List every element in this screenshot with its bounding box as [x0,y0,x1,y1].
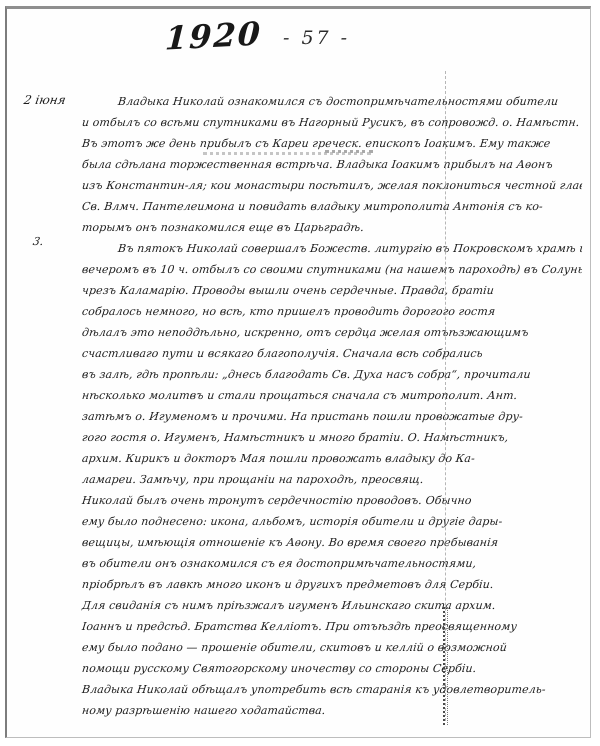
manuscript-line: ему было подано — прошеніе обители, скит… [81,637,583,658]
manuscript-line: и отбылъ со всѣми спутниками въ Нагорный… [81,112,583,133]
manuscript-line: помощи русскому Святогорскому иночеству … [81,658,583,679]
manuscript-line: Для свиданія съ нимъ пріѣзжалъ игуменъ И… [81,595,583,616]
manuscript-line: вечеромъ въ 10 ч. отбылъ со своими спутн… [81,259,583,280]
scanned-manuscript-page: 1920 - 57 - 2 іюня 3. Владыка Николай оз… [5,6,591,738]
manuscript-line: ламареи. Замѣчу, при прощаніи на пароход… [81,469,583,490]
manuscript-line: Іоаннъ и предсѣд. Братства Келліотъ. При… [81,616,583,637]
manuscript-line: ному разрѣшенію нашего ходатайства. [81,700,583,721]
manuscript-line: въ залѣ, гдѣ пропѣли: „днесь благодать С… [81,364,583,385]
margin-date-note: 3. [32,235,45,248]
margin-date-note: 2 іюня [23,93,67,107]
manuscript-line: ему было поднесено: икона, альбомъ, исто… [81,511,583,532]
manuscript-line: гого гостя о. Игуменъ, Намѣстникъ и мног… [81,427,583,448]
manuscript-line: дѣлалъ это неподдѣльно, искренно, отъ се… [81,322,583,343]
manuscript-line: Владыка Николай ознакомился съ достоприм… [81,91,583,112]
manuscript-line: Св. Влмч. Пантелеимона и повидать владык… [81,196,583,217]
manuscript-line: архим. Кирикъ и докторъ Мая пошли провож… [81,448,583,469]
manuscript-line: Николай былъ очень тронутъ сердечностію … [81,490,583,511]
manuscript-line: пріобрѣлъ въ лавкѣ много иконъ и другихъ… [81,574,583,595]
manuscript-line: Въ этотъ же день прибылъ съ Кареи гречес… [81,133,583,154]
manuscript-line: Владыка Николай обѣщалъ употребить всѣ с… [81,679,583,700]
manuscript-line: чрезъ Каламарію. Проводы вышли очень сер… [81,280,583,301]
manuscript-line: была сдѣлана торжественная встрѣча. Влад… [81,154,583,175]
manuscript-line: нѣсколько молитвъ и стали прощаться снач… [81,385,583,406]
manuscript-line: Въ пятокъ Николай совершалъ Божеств. лит… [81,238,583,259]
manuscript-line: собралось немного, но всѣ, кто пришелъ п… [81,301,583,322]
year-heading: 1920 [164,14,263,57]
manuscript-line: вещицы, имѣющія отношеніе къ Аѳону. Во в… [81,532,583,553]
manuscript-line: въ обители онъ ознакомился съ ея достопр… [81,553,583,574]
paper-fold-crease-dark [443,607,448,725]
manuscript-line: торымъ онъ познакомился еще въ Царьградѣ… [81,217,583,238]
manuscript-line: изъ Константин-ля; кои монастыри посѣтил… [81,175,583,196]
manuscript-text: Владыка Николай ознакомился съ достоприм… [82,91,582,721]
manuscript-line: счастливаго пути и всякаго благополучія.… [81,343,583,364]
page-number: - 57 - [283,27,350,49]
manuscript-line: затѣмъ о. Игуменомъ и прочими. На приста… [81,406,583,427]
